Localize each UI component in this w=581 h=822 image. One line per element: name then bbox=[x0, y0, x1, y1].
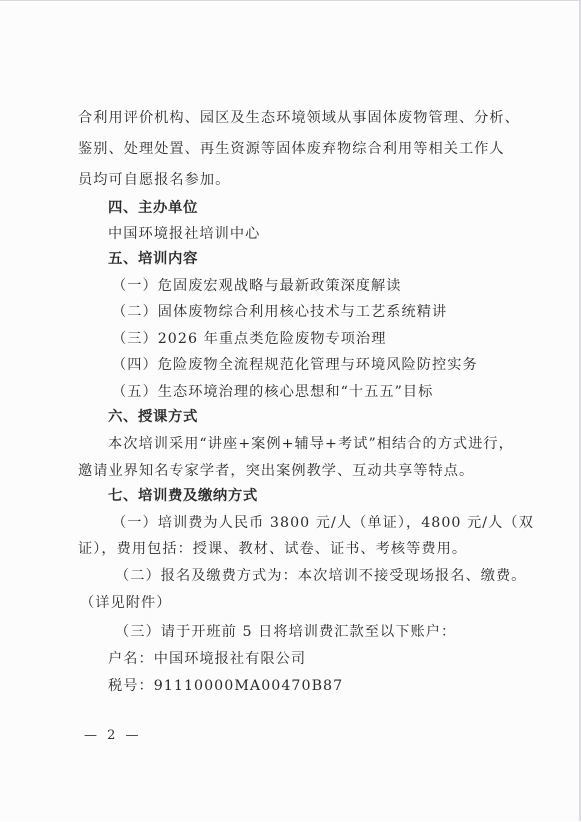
fees-line: （二）报名及缴费方式为：本次培训不接受现场报名、缴费。 bbox=[115, 566, 526, 586]
method-line: 邀请业界知名专家学者，突出案例教学、互动共享等特点。 bbox=[78, 461, 474, 481]
content-item: （一）危固废宏观战略与最新政策深度解读 bbox=[112, 276, 402, 296]
fees-line: （一）培训费为人民币 3800 元/人（单证），4800 元/人（双 bbox=[112, 513, 534, 533]
fees-line: 证），费用包括：授课、教材、试卷、证书、考核等费用。 bbox=[78, 539, 467, 559]
organizer-name: 中国环境报社培训中心 bbox=[108, 224, 260, 244]
fees-line: （详见附件） bbox=[80, 593, 171, 613]
tax-id: 税号：91110000MA00470B87 bbox=[108, 676, 343, 696]
paragraph-line: 员均可自愿报名参加。 bbox=[78, 170, 230, 190]
content-item: （五）生态环境治理的核心思想和“十五五”目标 bbox=[112, 382, 433, 402]
paragraph-line: 鉴别、处理处置、再生资源等固体废弃物综合利用等相关工作人 bbox=[78, 139, 505, 159]
section-heading-method: 六、授课方式 bbox=[108, 407, 198, 427]
fees-line: （三）请于开班前 5 日将培训费汇款至以下账户： bbox=[115, 622, 456, 642]
section-heading-fees: 七、培训费及缴纳方式 bbox=[108, 486, 258, 506]
section-heading-organizer: 四、主办单位 bbox=[108, 198, 198, 218]
content-item: （三）2026 年重点类危险废物专项治理 bbox=[112, 329, 386, 349]
content-item: （二）固体废物综合利用核心技术与工艺系统精讲 bbox=[112, 302, 447, 322]
paragraph-line: 合利用评价机构、园区及生态环境领域从事固体废物管理、分析、 bbox=[78, 108, 520, 128]
page-number: — 2 — bbox=[84, 726, 142, 746]
account-name: 户名：中国环境报社有限公司 bbox=[108, 649, 306, 669]
method-line: 本次培训采用“讲座+案例+辅导+考试”相结合的方式进行， bbox=[108, 434, 514, 454]
section-heading-content: 五、培训内容 bbox=[108, 249, 198, 269]
content-item: （四）危险废物全流程规范化管理与环境风险防控实务 bbox=[112, 355, 478, 375]
document-page: 合利用评价机构、园区及生态环境领域从事固体废物管理、分析、 鉴别、处理处置、再生… bbox=[0, 0, 581, 821]
